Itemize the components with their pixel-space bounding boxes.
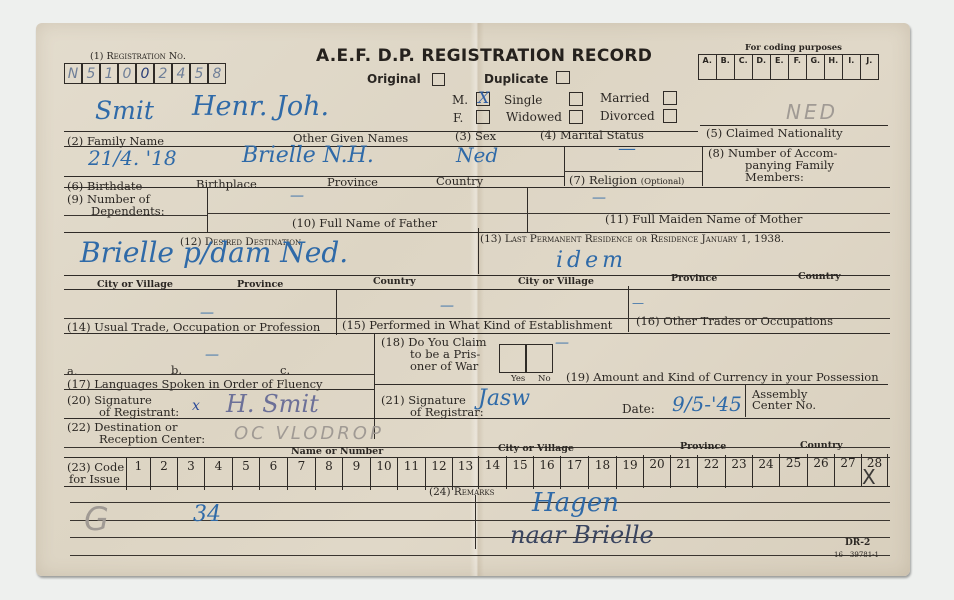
rule — [475, 495, 476, 549]
married-label: Married — [600, 92, 650, 104]
code-cell[interactable]: 26 — [807, 454, 834, 487]
res-country-label: Country — [798, 271, 841, 283]
coding-cell: C. — [734, 54, 753, 80]
res-city-label: City or Village — [518, 276, 594, 288]
rule — [64, 215, 207, 216]
religion-label-text: (7) Religion — [569, 173, 637, 187]
reg-digit: 4 — [172, 63, 190, 84]
duplicate-checkbox[interactable] — [556, 71, 570, 84]
reg-digit: 8 — [208, 63, 226, 84]
single-label: Single — [504, 94, 542, 106]
divorced-checkbox[interactable] — [663, 109, 677, 123]
currency-label: (19) Amount and Kind of Currency in your… — [566, 371, 879, 383]
form-title: A.E.F. D.P. REGISTRATION RECORD — [316, 46, 652, 66]
rule — [702, 146, 703, 186]
lang-a-label: a. — [67, 365, 78, 377]
establishment-dash: — — [440, 298, 454, 314]
rule — [564, 171, 702, 172]
rule — [70, 555, 890, 556]
other-trades-label: (16) Other Trades or Occupations — [636, 315, 833, 327]
rule — [64, 289, 890, 290]
coding-cell: D. — [752, 54, 771, 80]
reception-province-label: Province — [680, 441, 726, 453]
reception-value: OC VLODROP — [234, 423, 384, 444]
rule — [478, 228, 479, 274]
res-province-label: Province — [671, 273, 717, 285]
mother-label: (11) Full Maiden Name of Mother — [605, 213, 802, 225]
widowed-checkbox[interactable] — [569, 110, 583, 124]
reg-digit: N — [64, 63, 82, 84]
reg-digit: 2 — [154, 63, 172, 84]
rule — [64, 275, 890, 276]
birthplace-label: Birthplace — [196, 178, 257, 190]
rule — [564, 146, 565, 186]
remarks-number: 34 — [193, 502, 221, 527]
rule — [527, 187, 528, 232]
rule — [628, 286, 629, 332]
coding-cell: E. — [770, 54, 789, 80]
assembly-label-2: Center No. — [752, 399, 816, 411]
reception-country-label: Country — [800, 440, 843, 452]
given-names-value: Henr. Joh. — [192, 91, 329, 122]
date-label: Date: — [622, 403, 655, 415]
last-residence-label: (13) Last Permanent Residence or Residen… — [480, 233, 784, 245]
accompanying-label-3: Members: — [745, 171, 804, 183]
divorced-label: Divorced — [600, 110, 655, 122]
code-cell[interactable]: 22 — [697, 455, 725, 488]
religion-optional: (Optional) — [641, 177, 685, 187]
rule — [745, 384, 746, 417]
religion-label: (7) Religion (Optional) — [569, 174, 684, 188]
reg-digit: 1 — [100, 63, 118, 84]
print-code: 16—39781-1 — [834, 549, 879, 561]
reg-digit: 0 — [118, 63, 136, 84]
country-label: Country — [436, 175, 483, 187]
pow-yes-box[interactable] — [499, 344, 527, 373]
single-checkbox[interactable] — [569, 92, 583, 106]
father-label: (10) Full Name of Father — [292, 217, 437, 229]
coding-cell: B. — [716, 54, 735, 80]
code-cell[interactable]: 27 — [834, 454, 861, 487]
dest-country-label: Country — [373, 276, 416, 288]
desired-destination-value: Brielle p/dam Ned. — [80, 236, 348, 269]
registrant-sig-label-2: of Registrant: — [99, 406, 179, 418]
pow-label-3: oner of War — [410, 360, 478, 372]
family-name-value: Smit — [95, 96, 154, 125]
code-cell[interactable]: 18 — [588, 456, 616, 489]
coding-cell: F. — [788, 54, 807, 80]
rule — [336, 289, 337, 335]
code-cell[interactable]: 16 — [533, 456, 560, 489]
date-value: 9/5-'45 — [672, 392, 742, 416]
rule — [64, 418, 890, 419]
rule — [64, 447, 890, 448]
mother-dash: — — [592, 190, 606, 206]
coding-cell: H. — [824, 54, 843, 80]
registration-no-label: (1) Registration No. — [90, 51, 186, 63]
pow-no-box[interactable] — [525, 344, 553, 373]
sex-f-checkbox[interactable] — [476, 110, 490, 124]
code-cell[interactable]: 24 — [752, 455, 779, 488]
birth-country-value: Ned — [456, 143, 498, 167]
code-cell[interactable]: 15 — [506, 456, 533, 489]
code-cell[interactable]: 17 — [560, 456, 588, 489]
reg-digit: 0 — [136, 63, 154, 84]
coding-cell: J. — [860, 54, 879, 80]
sex-m-label: M. — [452, 94, 468, 106]
trade-label: (14) Usual Trade, Occupation or Professi… — [67, 321, 320, 333]
married-checkbox[interactable] — [663, 91, 677, 105]
rule — [374, 384, 888, 385]
coding-label: For coding purposes — [745, 43, 842, 53]
registrar-sig-label-2: of Registrar: — [410, 406, 484, 418]
code-cell[interactable]: 21 — [670, 455, 697, 488]
religion-value: — — [618, 138, 636, 159]
birthplace-value: Brielle N.H. — [242, 143, 374, 168]
reception-city-label: City or Village — [498, 443, 574, 455]
reg-digit: 5 — [82, 63, 100, 84]
code-issue-label-2: for Issue — [69, 473, 120, 485]
original-checkbox[interactable] — [432, 73, 445, 86]
code-cell[interactable]: 19 — [616, 456, 643, 489]
rule — [64, 176, 564, 177]
rule — [64, 333, 890, 334]
reg-digit: 5 — [190, 63, 208, 84]
coding-cell: G. — [806, 54, 825, 80]
establishment-label: (15) Performed in What Kind of Establish… — [342, 319, 612, 331]
reception-label-2: Reception Center: — [99, 433, 205, 445]
remarks-line-1: Hagen — [532, 488, 619, 518]
code-cell[interactable]: 25 — [779, 454, 807, 487]
rule — [64, 389, 374, 390]
coding-cell: A. — [698, 54, 717, 80]
coding-cell: I. — [842, 54, 861, 80]
claimed-nationality-label: (5) Claimed Nationality — [706, 127, 843, 139]
registrant-mark: x — [192, 398, 200, 414]
rule — [207, 187, 208, 232]
form-id: DR-2 — [845, 537, 870, 549]
registrant-signature: H. Smit — [226, 390, 319, 418]
widowed-label: Widowed — [506, 111, 562, 123]
birthdate-value: 21/4. '18 — [88, 146, 177, 170]
pow-dash: — — [555, 335, 569, 351]
lang-b-dash: — — [205, 347, 219, 363]
remarks-label: (24) Remarks — [429, 486, 494, 498]
original-label: Original — [367, 72, 421, 86]
rule — [64, 374, 374, 375]
registrar-signature: Jasw — [478, 386, 530, 411]
last-residence-value: idem — [556, 248, 627, 273]
nationality-value: NED — [786, 100, 838, 124]
rule — [64, 187, 890, 188]
other-trades-dash: — — [632, 296, 644, 310]
code-cell[interactable]: 23 — [725, 455, 752, 488]
sex-m-check-mark: X — [478, 88, 489, 107]
sex-label: (3) Sex — [455, 130, 496, 142]
rule — [70, 537, 890, 538]
code-cell[interactable]: 14 — [478, 456, 506, 489]
birthdate-label: (6) Birthdate — [67, 180, 142, 192]
duplicate-label: Duplicate — [484, 72, 548, 86]
code-cell[interactable]: 20 — [643, 455, 670, 488]
remarks-line-2: naar Brielle — [510, 521, 654, 549]
remarks-pencil-mark: G — [84, 500, 112, 538]
father-dash: — — [290, 188, 304, 204]
sex-f-label: F. — [453, 112, 463, 124]
